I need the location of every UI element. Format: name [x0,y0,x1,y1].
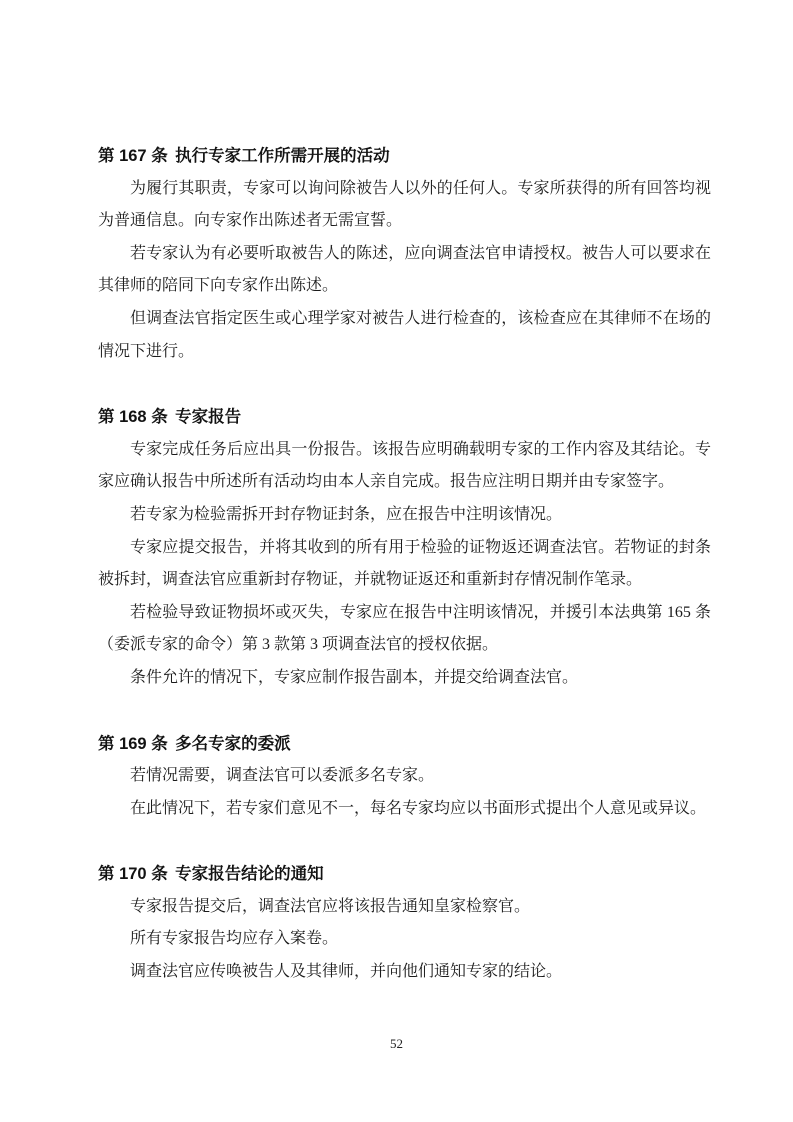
article-number: 第 169 条 [98,735,168,753]
article-title: 专家报告结论的通知 [175,865,324,883]
article-heading: 第 169 条多名专家的委派 [98,728,711,761]
article-heading: 第 170 条专家报告结论的通知 [98,858,711,891]
article-title: 多名专家的委派 [175,735,291,753]
article-paragraph: 在此情况下，若专家们意见不一，每名专家均应以书面形式提出个人意见或异议。 [98,793,711,826]
article: 第 167 条执行专家工作所需开展的活动为履行其职责，专家可以询问除被告人以外的… [98,140,711,368]
article-title: 专家报告 [175,408,241,426]
article-paragraph: 若情况需要，调查法官可以委派多名专家。 [98,760,711,793]
article-number: 第 168 条 [98,408,168,426]
article-paragraph: 条件允许的情况下，专家应制作报告副本，并提交给调查法官。 [98,662,711,695]
article-number: 第 167 条 [98,147,168,165]
document-page: 第 167 条执行专家工作所需开展的活动为履行其职责，专家可以询问除被告人以外的… [0,0,793,1122]
article-paragraph: 为履行其职责，专家可以询问除被告人以外的任何人。专家所获得的所有回答均视为普通信… [98,173,711,238]
article-title: 执行专家工作所需开展的活动 [175,147,390,165]
articles-container: 第 167 条执行专家工作所需开展的活动为履行其职责，专家可以询问除被告人以外的… [98,140,711,989]
page-footer: 52 [0,1035,793,1053]
article-paragraph: 专家报告提交后，调查法官应将该报告通知皇家检察官。 [98,891,711,924]
article-paragraph: 所有专家报告均应存入案卷。 [98,923,711,956]
article-paragraph: 若检验导致证物损坏或灭失，专家应在报告中注明该情况，并援引本法典第 165 条（… [98,597,711,662]
page-number: 52 [390,1036,403,1051]
article-paragraph: 专家完成任务后应出具一份报告。该报告应明确载明专家的工作内容及其结论。专家应确认… [98,434,711,499]
article-paragraph: 调查法官应传唤被告人及其律师，并向他们通知专家的结论。 [98,956,711,989]
article-number: 第 170 条 [98,865,168,883]
article: 第 169 条多名专家的委派若情况需要，调查法官可以委派多名专家。在此情况下，若… [98,728,711,826]
article-paragraph: 但调查法官指定医生或心理学家对被告人进行检查的，该检查应在其律师不在场的情况下进… [98,303,711,368]
article-heading: 第 167 条执行专家工作所需开展的活动 [98,140,711,173]
article-heading: 第 168 条专家报告 [98,401,711,434]
article-paragraph: 若专家为检验需拆开封存物证封条，应在报告中注明该情况。 [98,499,711,532]
article: 第 168 条专家报告专家完成任务后应出具一份报告。该报告应明确载明专家的工作内… [98,401,711,694]
article: 第 170 条专家报告结论的通知专家报告提交后，调查法官应将该报告通知皇家检察官… [98,858,711,988]
article-paragraph: 若专家认为有必要听取被告人的陈述，应向调查法官申请授权。被告人可以要求在其律师的… [98,238,711,303]
article-paragraph: 专家应提交报告，并将其收到的所有用于检验的证物返还调查法官。若物证的封条被拆封，… [98,532,711,597]
